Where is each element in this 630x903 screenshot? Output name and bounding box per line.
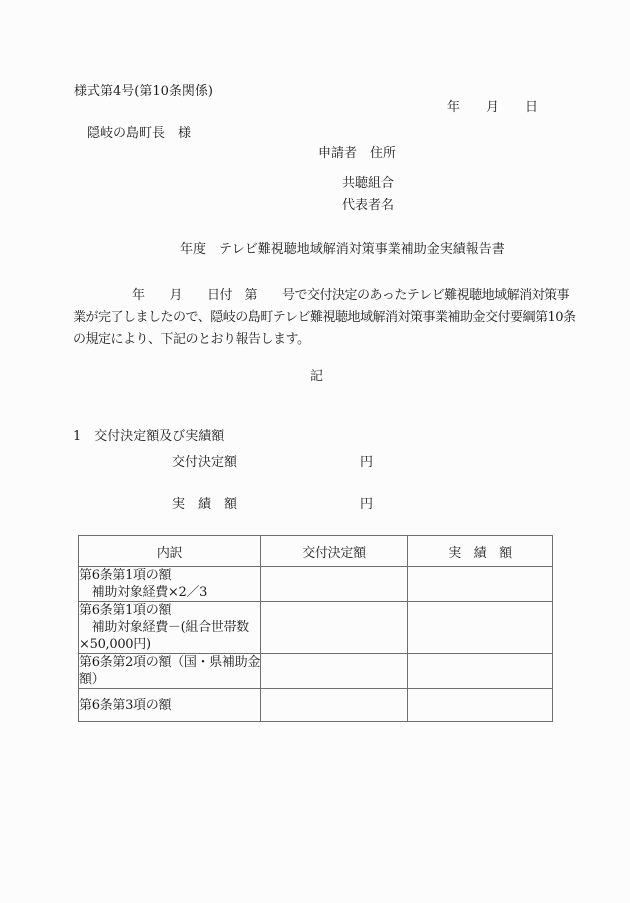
table-row: 第6条第2項の額（国・県補助金 額）: [79, 654, 553, 689]
breakdown-cell: 第6条第2項の額（国・県補助金 額）: [79, 654, 261, 689]
breakdown-line: 補助対象経費×2／3: [79, 584, 260, 601]
grant-decision-unit: 円: [360, 455, 373, 470]
document-page: 様式第4号(第10条関係) 年 月 日 隠岐の島町長 様 申請者 住所 共聴組合…: [0, 0, 630, 903]
section1-heading: 1 交付決定額及び実績額: [73, 429, 224, 444]
breakdown-line: ×50,000円): [79, 636, 260, 653]
document-title: 年度 テレビ難視聴地域解消対策事業補助金実績報告書: [180, 242, 505, 257]
actual-amount-cell: [408, 602, 553, 654]
union-label: 共聴組合: [342, 176, 394, 191]
breakdown-line: 第6条第2項の額（国・県補助金: [79, 654, 260, 671]
body-line-1: 年 月 日付 第 号で交付決定のあったテレビ難視聴地域解消対策事: [132, 288, 569, 303]
form-number: 様式第4号(第10条関係): [74, 84, 213, 99]
grant-decision-cell: [261, 567, 408, 602]
record-mark: 記: [310, 369, 323, 384]
grant-decision-cell: [261, 602, 408, 654]
table-header-grant-decision: 交付決定額: [261, 536, 408, 567]
grant-decision-cell: [261, 689, 408, 722]
breakdown-cell: 第6条第3項の額: [79, 689, 261, 722]
body-line-3: の規定により、下記のとおり報告します。: [73, 332, 309, 347]
date-line: 年 月 日: [447, 100, 538, 115]
breakdown-line: 第6条第1項の額: [79, 567, 260, 584]
body-line-2: 業が完了しましたので、隠岐の島町テレビ難視聴地域解消対策事業補助金交付要綱第10…: [73, 310, 576, 325]
addressee: 隠岐の島町長 様: [87, 126, 191, 141]
table-header-breakdown: 内訳: [79, 536, 261, 567]
grant-decision-cell: [261, 654, 408, 689]
table-row: 第6条第1項の額 補助対象経費×2／3: [79, 567, 553, 602]
actual-amount-cell: [408, 567, 553, 602]
grant-decision-label: 交付決定額: [172, 455, 237, 470]
table-header-actual-amount: 実 績 額: [408, 536, 553, 567]
table-row: 第6条第3項の額: [79, 689, 553, 722]
breakdown-line: 額）: [79, 671, 260, 688]
table-header-row: 内訳 交付決定額 実 績 額: [79, 536, 553, 567]
breakdown-line: 補助対象経費－(組合世帯数: [79, 619, 260, 636]
amount-table: 内訳 交付決定額 実 績 額 第6条第1項の額 補助対象経費×2／3 第6条第1…: [78, 535, 553, 722]
actual-amount-unit: 円: [360, 497, 373, 512]
applicant-address-label: 申請者 住所: [318, 146, 396, 161]
breakdown-cell: 第6条第1項の額 補助対象経費－(組合世帯数 ×50,000円): [79, 602, 261, 654]
actual-amount-label: 実 績 額: [172, 497, 237, 512]
representative-label: 代表者名: [342, 198, 394, 213]
breakdown-line: 第6条第1項の額: [79, 602, 260, 619]
actual-amount-cell: [408, 689, 553, 722]
table-row: 第6条第1項の額 補助対象経費－(組合世帯数 ×50,000円): [79, 602, 553, 654]
breakdown-line: 第6条第3項の額: [79, 697, 260, 714]
actual-amount-cell: [408, 654, 553, 689]
breakdown-cell: 第6条第1項の額 補助対象経費×2／3: [79, 567, 261, 602]
